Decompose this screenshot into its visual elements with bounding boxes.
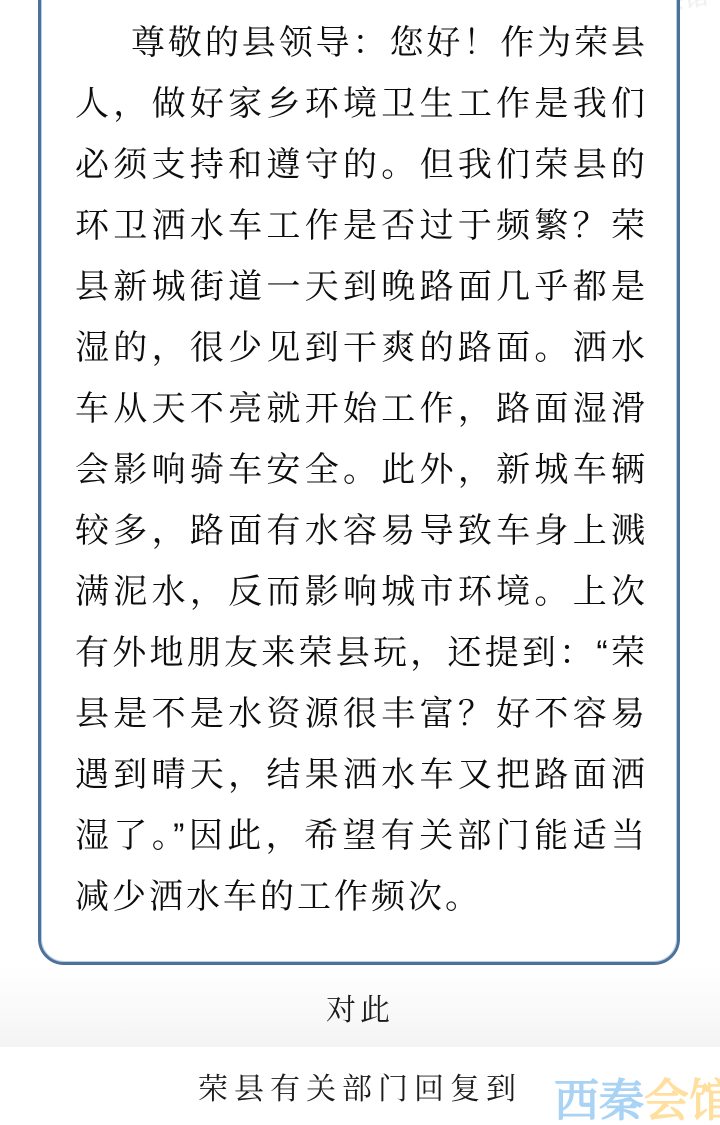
reply-intro-text: 荣县有关部门回复到: [198, 1064, 522, 1108]
letter-line: 遇到晴天，结果洒水车又把路面洒: [75, 745, 645, 806]
letter-line: 湿了。”因此，希望有关部门能适当: [75, 806, 645, 867]
reply-intro-band: 荣县有关部门回复到: [0, 1047, 720, 1125]
letter-line: 较多，路面有水容易导致车身上溅: [75, 501, 645, 562]
letter-box: 尊敬的县领导：您好！作为荣县 人，做好家乡环境卫生工作是我们 必须支持和遵守的。…: [38, 0, 680, 965]
letter-line: 尊敬的县领导：您好！作为荣县: [75, 13, 645, 74]
letter-line: 人，做好家乡环境卫生工作是我们: [75, 74, 645, 135]
letter-line: 减少洒水车的工作频次。: [75, 867, 645, 928]
letter-line: 车从天不亮就开始工作，路面湿滑: [75, 379, 645, 440]
letter-line: 有外地朋友来荣县玩，还提到：“荣: [75, 623, 645, 684]
letter-line: 满泥水，反而影响城市环境。上次: [75, 562, 645, 623]
letter-line: 湿的，很少见到干爽的路面。洒水: [75, 318, 645, 379]
letter-line: 必须支持和遵守的。但我们荣县的: [75, 135, 645, 196]
letter-line: 县新城街道一天到晚路面几乎都是: [75, 257, 645, 318]
letter-line: 环卫洒水车工作是否过于频繁？荣: [75, 196, 645, 257]
transition-band: 对此: [0, 966, 720, 1047]
transition-label: 对此: [326, 985, 394, 1029]
letter-line: 县是不是水资源很丰富？好不容易: [75, 684, 645, 745]
letter-line: 会影响骑车安全。此外，新城车辆: [75, 440, 645, 501]
